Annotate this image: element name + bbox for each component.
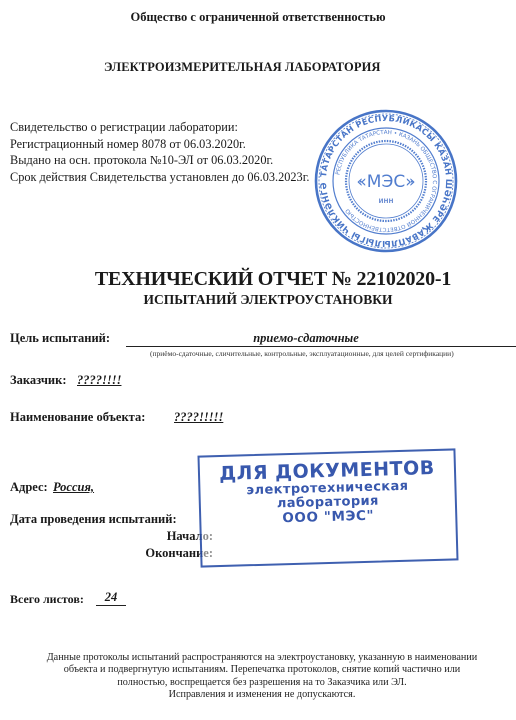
organization-type: Общество с ограниченной ответственностью xyxy=(0,10,516,25)
certificate-line: Срок действия Свидетельства установлен д… xyxy=(10,169,309,186)
purpose-hint: (приёмо-сдаточные, сличительные, контрол… xyxy=(150,349,454,358)
svg-text:ИНН: ИНН xyxy=(378,198,393,205)
certificate-info: Свидетельство о регистрации лаборатории:… xyxy=(10,119,309,185)
laboratory-name: ЭЛЕКТРОИЗМЕРИТЕЛЬНАЯ ЛАБОРАТОРИЯ xyxy=(104,60,381,75)
report-title: ТЕХНИЧЕСКИЙ ОТЧЕТ № 22102020-1 xyxy=(0,268,516,291)
rectangular-stamp: ДЛЯ ДОКУМЕНТОВ электротехническая лабора… xyxy=(197,448,458,567)
certificate-line: Выдано на осн. протокола №10-ЭЛ от 06.03… xyxy=(10,152,309,169)
test-date-label: Дата проведения испытаний: xyxy=(10,512,177,527)
report-subtitle: ИСПЫТАНИЙ ЭЛЕКТРОУСТАНОВКИ xyxy=(0,292,516,308)
certificate-line: Регистрационный номер 8078 от 06.03.2020… xyxy=(10,136,309,153)
object-name-value: ????!!!!! xyxy=(174,410,223,425)
purpose-underline xyxy=(126,346,516,347)
seal-icon: ТАТАРСТАН РЕСПУБЛИКАСЫ КАЗАН ШӘҺӘРЕ ҖАВА… xyxy=(311,106,461,256)
customer-label: Заказчик: xyxy=(10,373,67,388)
address-label: Адрес: xyxy=(10,480,48,495)
footer-line: Данные протоколы испытаний распространяю… xyxy=(8,652,516,664)
purpose-value: приемо-сдаточные xyxy=(126,331,426,346)
svg-text:•: • xyxy=(410,179,414,186)
address-value: Россия, xyxy=(53,480,94,495)
footer-line: полностью, воспрещается без разрешения н… xyxy=(8,677,516,689)
certificate-line: Свидетельство о регистрации лаборатории: xyxy=(10,119,309,136)
total-sheets-value: 24 xyxy=(96,590,126,606)
footer-line: объекта и подвергнутую испытаниям. Переп… xyxy=(8,664,516,676)
footer-line: Исправления и изменения не допускаются. xyxy=(8,689,516,701)
object-name-label: Наименование объекта: xyxy=(10,410,145,425)
purpose-label: Цель испытаний: xyxy=(10,331,110,346)
round-seal-stamp: ТАТАРСТАН РЕСПУБЛИКАСЫ КАЗАН ШӘҺӘРЕ ҖАВА… xyxy=(311,106,461,256)
svg-text:•: • xyxy=(359,179,363,186)
svg-text:«МЭС»: «МЭС» xyxy=(356,172,415,192)
customer-value: ????!!!! xyxy=(77,373,121,388)
total-sheets-label: Всего листов: xyxy=(10,592,84,607)
footer-notice: Данные протоколы испытаний распространяю… xyxy=(0,652,516,701)
